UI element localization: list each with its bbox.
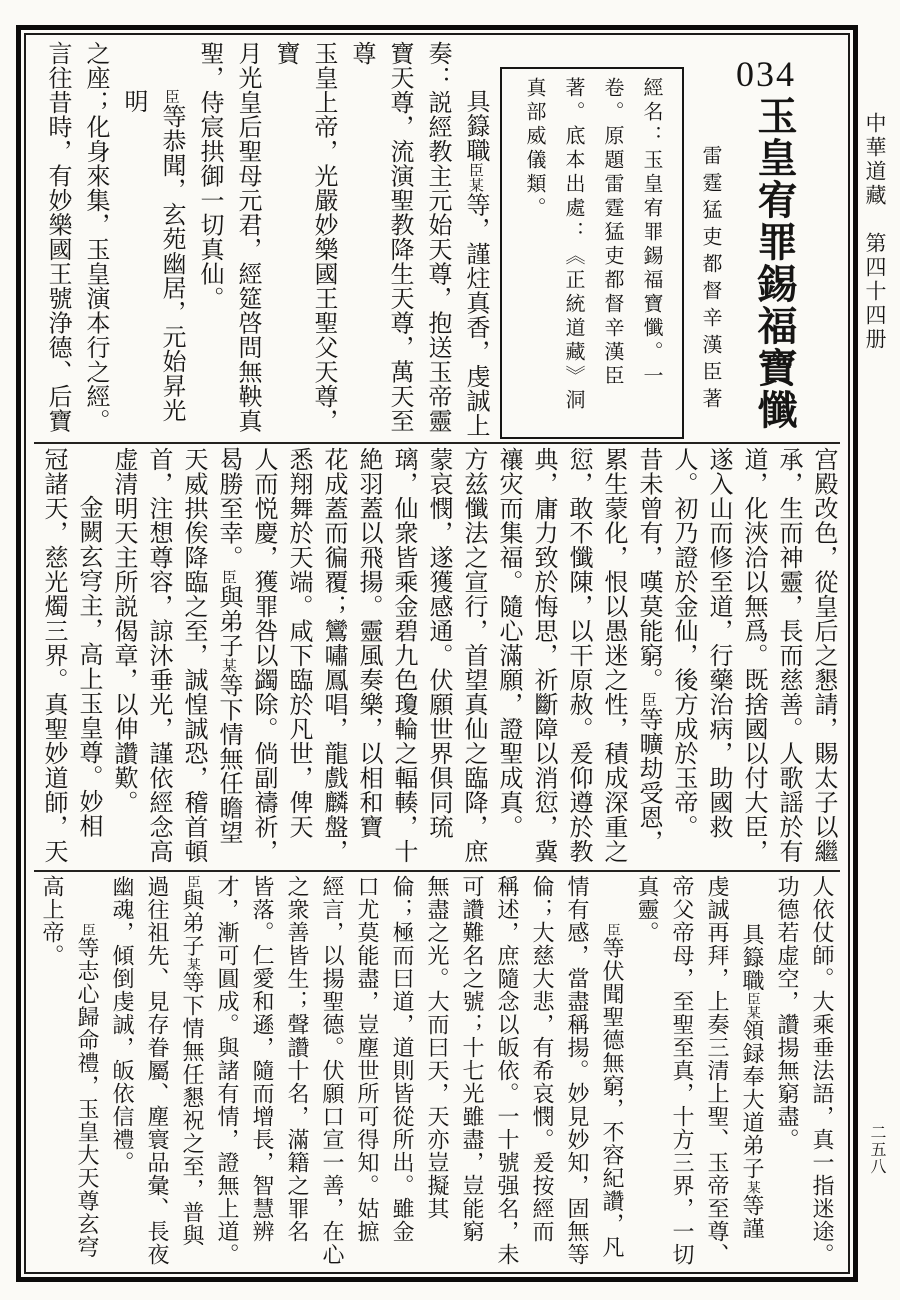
inner-frame: 034 玉皇宥罪錫福寶懺 雷霆猛吏都督辛漢臣著 經名：玉皇宥罪錫福寶懺。一 卷。… xyxy=(24,33,850,1274)
text-column: 愆，敢不懺陳，以干原赦。爰仰遵於教 xyxy=(560,447,595,867)
text-column: 真靈。 xyxy=(630,875,665,1266)
text-column: 冠諸天，慈光燭三界。真聖妙道師，天 xyxy=(35,447,70,867)
text-column: 蒙哀憫，遂獲感通。伏願世界俱同琉 xyxy=(420,447,455,867)
text-column: 人。初乃證於金仙，後方成於玉帝。 xyxy=(665,447,700,867)
outer-margin: 中華道藏 第四十四册 二五八 xyxy=(856,0,900,1300)
text-column: 禳灾而集福。隨心滿願，證聖成真。 xyxy=(490,447,525,867)
text-column: 具籙職臣某領録奉大道弟子某等謹 xyxy=(735,875,770,1266)
text-column: 功德若虚空，讚揚無窮盡。 xyxy=(770,875,805,1266)
text-column: 言往昔時，有妙樂國王號浄德、后寶月 xyxy=(34,41,76,439)
text-column: 可讚難名之號；十七光雖盡，豈能窮 xyxy=(455,875,490,1266)
meta-box-column: 經名：玉皇宥罪錫福寶懺。一 xyxy=(631,77,670,429)
band-divider xyxy=(34,870,840,872)
text-column: 帝父帝母，至聖至真，十方三界，一切 xyxy=(665,875,700,1266)
text-column: 玉皇上帝，光嚴妙樂國王聖父天尊，寶 xyxy=(266,41,342,439)
text-column: 遂入山而修至道，行藥治病，助國救 xyxy=(700,447,735,867)
text-column: 具籙職臣某等，謹炷真香，虔誠上 xyxy=(456,41,494,439)
text-column: 情有感，當盡稱揚。妙見妙知，固無等 xyxy=(560,875,595,1266)
text-column: 承，生而神靈，長而慈善。人歌謡於有 xyxy=(770,447,805,867)
text-column: 臣與弟子某等下情無任懇祝之至，普與 xyxy=(175,875,210,1266)
meta-box-column: 著。底本出處：《正統道藏》洞 xyxy=(553,77,592,429)
scripture-title: 玉皇宥罪錫福寶懺 xyxy=(746,95,803,431)
text-column: 經言，以揚聖德。伏願口宣一善，在心 xyxy=(315,875,350,1266)
text-column: 高上帝。 xyxy=(35,875,70,1266)
scripture-author: 雷霆猛吏都督辛漢臣著 xyxy=(696,145,725,415)
text-column: 稱述，庶隨念以皈依。一十號强名，未 xyxy=(490,875,525,1266)
text-column: 累生蒙化，恨以愚迷之性，積成深重之 xyxy=(595,447,630,867)
band-top: 034 玉皇宥罪錫福寶懺 雷霆猛吏都督辛漢臣著 經名：玉皇宥罪錫福寶懺。一 卷。… xyxy=(34,41,840,439)
text-column: 典，庸力致於悔思，祈斷障以消愆，冀 xyxy=(525,447,560,867)
text-column: 道，化浹洽以無爲。既捨國以付大臣， xyxy=(735,447,770,867)
text-column: 之座；化身來集，玉皇演本行之經。 xyxy=(76,41,114,439)
text-column: 虔誠再拜，上奏三清上聖、玉帝至尊、 xyxy=(700,875,735,1266)
text-column: 倫；大慈大悲，有希哀憫。爰按經而 xyxy=(525,875,560,1266)
text-column: 皆落。仁愛和遜，隨而增長，智慧辨 xyxy=(245,875,280,1266)
text-column: 虚清明天主所説偈章，以伸讚歎。 xyxy=(105,447,140,867)
text-column: 月光皇后聖母元君，經筵啓問無鞅真 xyxy=(228,41,266,439)
meta-box: 經名：玉皇宥罪錫福寶懺。一 卷。原題雷霆猛吏都督辛漢臣 著。底本出處：《正統道藏… xyxy=(500,67,684,439)
text-column: 人而悦慶，獲罪咎以蠲除。倘副禱祈， xyxy=(245,447,280,867)
text-column: 口尤莫能盡，豈塵世所可得知。姑摭 xyxy=(350,875,385,1266)
text-column: 曷勝至幸。臣與弟子某等下情無任瞻望 xyxy=(210,447,245,867)
text-column: 無盡之光。大而曰天，天亦豈擬其 xyxy=(420,875,455,1266)
text-column: 臣等伏聞聖德無窮，不容紀讚，凡 xyxy=(595,875,630,1266)
text-column: 寶天尊，流演聖教降生天尊，萬天至尊 xyxy=(342,41,418,439)
text-column: 花成蓋而徧覆；鸞嘯鳳唱，龍戲麟盤， xyxy=(315,447,350,867)
text-column: 方兹懺法之宣行，首望真仙之臨降，庶 xyxy=(455,447,490,867)
title-block: 034 玉皇宥罪錫福寶懺 雷霆猛吏都督辛漢臣著 xyxy=(690,41,840,439)
meta-box-column: 卷。原題雷霆猛吏都督辛漢臣 xyxy=(592,77,631,429)
folio-number: 二五八 xyxy=(865,1124,888,1175)
text-column: 首，注想尊容，諒沐垂光，謹依經念高 xyxy=(140,447,175,867)
band-middle: 宫殿改色，從皇后之懇請，賜太子以繼 承，生而神靈，長而慈善。人歌謡於有 道，化浹… xyxy=(34,447,840,867)
text-column: 才，漸可圓成。與諸有情，證無上道。 xyxy=(210,875,245,1266)
text-column: 奏：説經教主元始天尊，抱送玉帝靈 xyxy=(418,41,456,439)
text-column: 聖，侍宸拱御一切真仙。 xyxy=(190,41,228,439)
issue-number: 034 xyxy=(736,53,796,95)
text-column: 宫殿改色，從皇后之懇請，賜太子以繼 xyxy=(805,447,840,867)
text-column: 絶羽蓋以飛揚。靈風奏樂，以相和寶 xyxy=(350,447,385,867)
text-column: 金闕玄穹主，高上玉皇尊。妙相 xyxy=(70,447,105,867)
text-column: 人依仗師。大乘垂法語，真一指迷途。 xyxy=(805,875,840,1266)
page-frame: 034 玉皇宥罪錫福寶懺 雷霆猛吏都督辛漢臣著 經名：玉皇宥罪錫福寶懺。一 卷。… xyxy=(16,25,858,1282)
text-column: 悉翔舞於天端。咸下臨於凡世，俾天 xyxy=(280,447,315,867)
text-column: 之衆善皆生；聲讚十名，滿籍之罪名 xyxy=(280,875,315,1266)
text-column: 臣等志心歸命禮，玉皇大天尊玄穹 xyxy=(70,875,105,1266)
band-bottom: 人依仗師。大乘垂法語，真一指迷途。 功德若虚空，讚揚無窮盡。 具籙職臣某領録奉大… xyxy=(34,875,840,1266)
band-divider xyxy=(34,442,840,444)
scanned-page: 中華道藏 第四十四册 二五八 034 玉皇宥罪錫福寶懺 雷霆猛吏都督辛漢臣著 經… xyxy=(0,0,900,1300)
text-column: 天威拱俟降臨之至，誠惶誠恐，稽首頓 xyxy=(175,447,210,867)
text-column: 過往祖先、見存眷屬、塵寰品彙、長夜 xyxy=(140,875,175,1266)
text-column: 臣等恭聞，玄苑幽居，元始昇光明 xyxy=(114,41,190,439)
text-column: 昔未曾有，嘆莫能窮。臣等曠劫受恩， xyxy=(630,447,665,867)
meta-box-column: 真部威儀類。 xyxy=(514,77,553,429)
volume-label: 中華道藏 第四十四册 xyxy=(860,112,890,352)
text-column: 幽魂，傾倒虔誠，皈依信禮。 xyxy=(105,875,140,1266)
text-column: 倫；極而曰道，道則皆從所出。雖金 xyxy=(385,875,420,1266)
text-column: 璃，仙衆皆乘金碧九色瓊輪之輻輳，十 xyxy=(385,447,420,867)
